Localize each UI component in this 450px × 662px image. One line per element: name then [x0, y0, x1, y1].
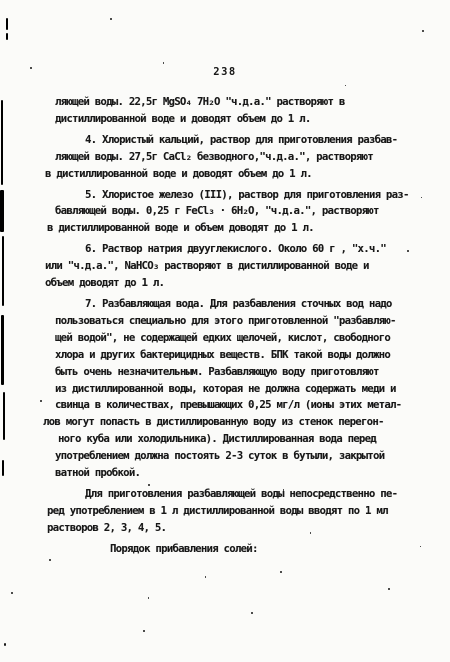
scan-speckle: [143, 630, 145, 632]
scan-speckle: [283, 489, 284, 491]
scan-speckle: [110, 18, 112, 20]
scan-speckle: [280, 571, 282, 573]
text-line: Для приготовления разбавляющей воды непо…: [55, 486, 407, 503]
text-line: хлора и других бактерицидных веществ. БП…: [55, 347, 407, 364]
text-line: в дистиллированной воде и объем доводят …: [47, 220, 407, 237]
text-line: дистиллированной воде и доводят объем до…: [55, 111, 407, 128]
scanned-page: 238 ляющей воды. 22,5г MgSO₄ 7H₂O "ч.д.а…: [0, 0, 450, 662]
page-number: 238: [0, 66, 450, 78]
scan-speckle: [251, 612, 253, 614]
text-line: щей водой", не содержащей едких щелочей,…: [55, 330, 407, 347]
scan-speckle: [205, 576, 206, 578]
text-line: ватной пробкой.: [55, 465, 407, 482]
text-line: 5. Хлористое железо (III), раствор для п…: [55, 187, 407, 204]
text-line: ляющей воды. 22,5г MgSO₄ 7H₂O "ч.д.а." р…: [55, 94, 407, 111]
scan-speckle: [163, 62, 164, 64]
text-line: объем доводят до 1 л.: [45, 275, 407, 292]
scan-speckle: [420, 546, 421, 547]
scan-speckle: [345, 85, 346, 86]
scan-speckle: [388, 588, 390, 590]
scan-speckle: [40, 400, 42, 402]
text-line: бавляющей воды. 0,25 г FeCl₃ · 6H₂O, "ч.…: [55, 203, 407, 220]
text-line: или "ч.д.а.", NaHCO₃ растворяют в дистил…: [45, 258, 407, 275]
scan-speckle: [11, 592, 13, 594]
scan-speckle: [421, 197, 422, 198]
text-line: пользоваться специально для этого пригот…: [55, 313, 407, 330]
scan-speckle: [148, 597, 149, 599]
scan-edge-artifact: [2, 460, 4, 476]
text-line: ред употреблением в 1 л дистиллированной…: [47, 503, 407, 520]
text-line: 7. Разбавляющая вода. Для разбавления ст…: [55, 296, 407, 313]
text-line: 6. Раствор натрия двууглекислого. Около …: [55, 241, 407, 258]
scan-speckle: [422, 30, 424, 32]
scan-edge-artifact: [0, 190, 4, 232]
scan-speckle: [148, 484, 150, 486]
scan-speckle: [4, 643, 6, 646]
scan-speckle: [310, 532, 311, 534]
text-line: из дистиллированной воды, которая не дол…: [55, 381, 407, 398]
scan-edge-artifact: [1, 315, 4, 385]
scan-edge-artifact: [2, 236, 4, 306]
scan-speckle: [407, 250, 409, 252]
text-line: употреблением должна постоять 2-3 суток …: [55, 448, 407, 465]
scan-edge-artifact: [6, 33, 8, 40]
text-line: лов могут попасть в дистиллированную вод…: [43, 414, 407, 431]
body-text: ляющей воды. 22,5г MgSO₄ 7H₂O "ч.д.а." р…: [55, 94, 407, 558]
text-line: растворов 2, 3, 4, 5.: [47, 520, 407, 537]
text-line: ного куба или холодильника). Дистиллиров…: [58, 431, 407, 448]
scan-speckle: [49, 559, 51, 561]
scan-edge-artifact: [3, 392, 5, 440]
text-line: ляющей воды. 27,5г CaCl₂ безводного,"ч.д…: [55, 149, 407, 166]
text-line: в дистиллированной воде и доводят объем …: [45, 166, 407, 183]
scan-edge-artifact: [6, 18, 8, 30]
scan-speckle: [30, 67, 32, 69]
text-line: 4. Хлористый кальций, раствор для пригот…: [55, 132, 407, 149]
text-line: быть очень незначительным. Разбавляющую …: [55, 364, 407, 381]
text-line: Порядок прибавления солей:: [80, 541, 407, 558]
scan-edge-artifact: [1, 100, 3, 185]
text-line: свинца в количествах, превышающих 0,25 м…: [55, 397, 407, 414]
